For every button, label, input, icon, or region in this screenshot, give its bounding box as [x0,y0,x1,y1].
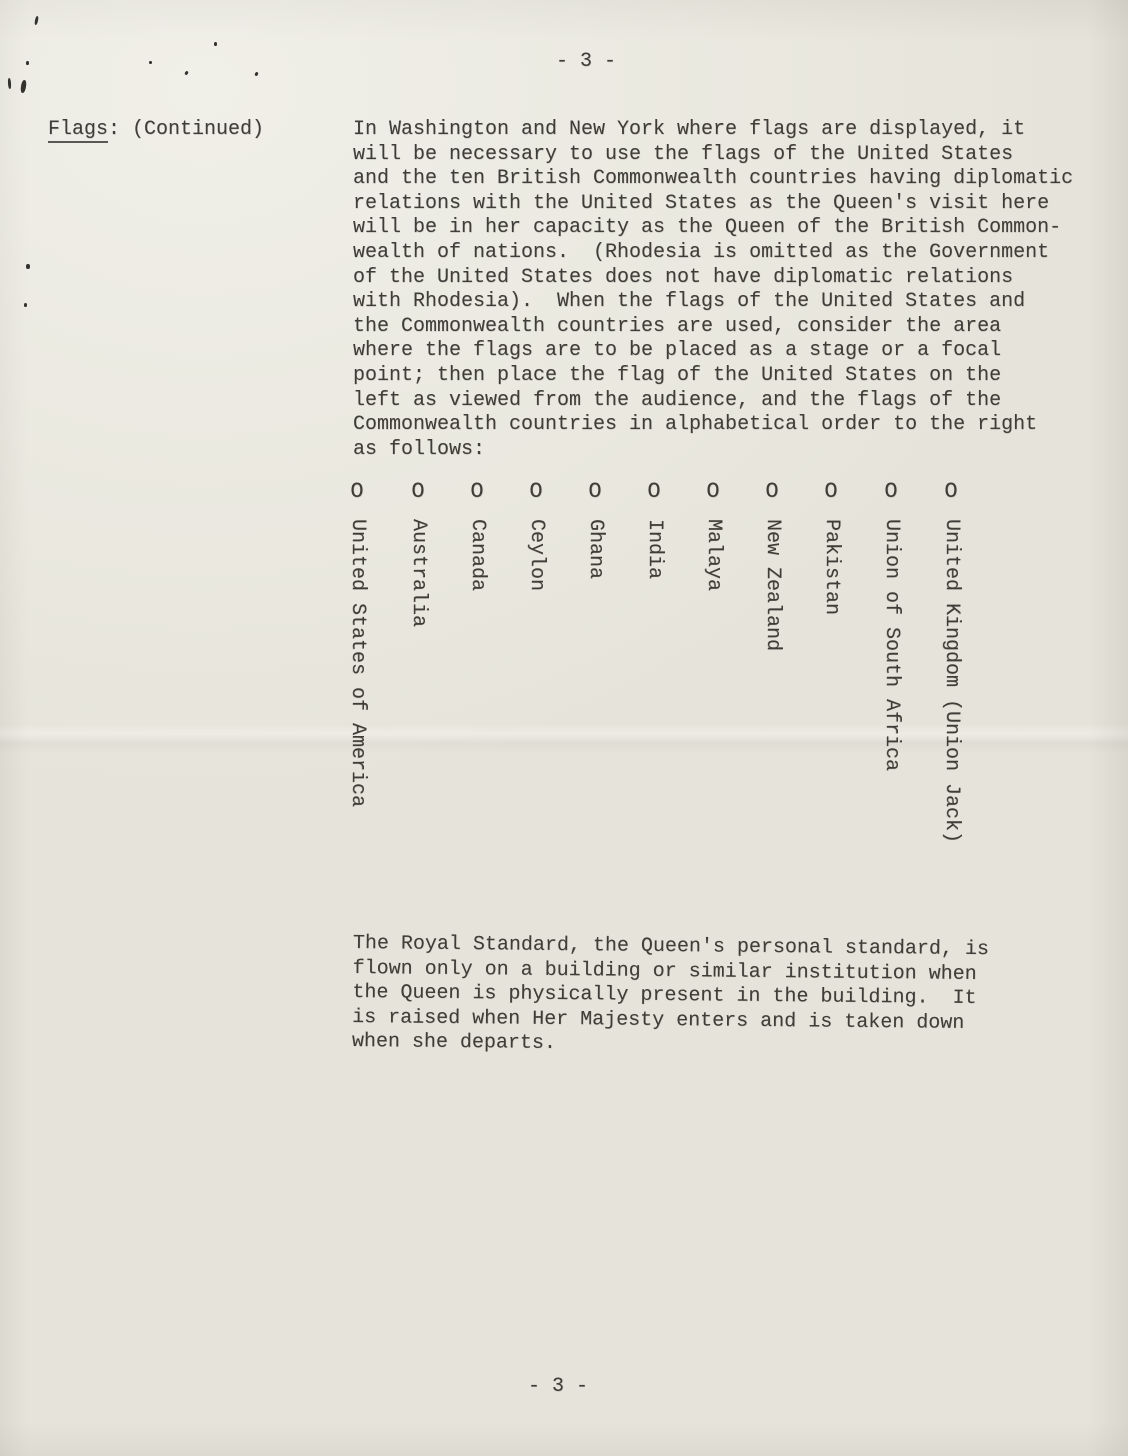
ink-speck [24,303,27,307]
document-page: - 3 - Flags: (Continued) In Washington a… [0,0,1128,1456]
ink-speck [34,16,39,25]
flag-position-marker: O [588,481,601,503]
flag-country-label: Ghana [584,519,606,579]
flag-country-label: Pakistan [820,519,842,615]
flag-country-label: Union of South Africa [880,519,902,771]
flag-position-marker: O [706,481,719,503]
flag-column: O Union of South Africa [876,481,906,771]
flag-column: O United Kingdom (Union Jack) [936,481,966,843]
flag-country-label: India [643,519,665,579]
flag-country-label: New Zealand [761,519,783,651]
flag-column: O Australia [403,481,433,627]
ink-speck [149,61,152,64]
flag-country-label: United States of America [346,519,368,807]
section-label: Flags: (Continued) [48,118,264,143]
flag-position-marker: O [824,481,837,503]
page-number-bottom: - 3 - [528,1375,588,1400]
flag-position-marker: O [411,481,424,503]
ink-speck [20,80,27,94]
flag-column: O New Zealand [757,481,787,651]
ink-speck [26,264,30,269]
flag-column: O Malaya [698,481,728,591]
flag-column: O Canada [462,481,492,591]
flag-country-label: Australia [407,519,429,627]
flag-position-marker: O [884,481,897,503]
flag-position-marker: O [765,481,778,503]
flag-column: O Ceylon [521,481,551,591]
ink-speck [184,71,189,76]
flag-position-marker: O [470,481,483,503]
ink-speck [26,61,29,65]
ink-speck [214,42,217,46]
ink-speck [8,78,12,89]
flag-position-marker: O [944,481,957,503]
body-paragraph-royal-standard: The Royal Standard, the Queen's personal… [352,932,989,1061]
page-number-top: - 3 - [556,50,616,75]
flag-column: O Ghana [580,481,610,579]
section-label-title: Flags [48,118,108,143]
flag-column: O United States of America [342,481,372,807]
flag-country-label: Canada [466,519,488,591]
body-paragraph-flag-instructions: In Washington and New York where flags a… [353,118,1073,462]
section-label-continued: : (Continued) [108,118,264,141]
ink-speck [254,72,258,77]
flag-position-marker: O [350,481,363,503]
flag-position-marker: O [529,481,542,503]
flag-position-marker: O [647,481,660,503]
flag-country-label: United Kingdom (Union Jack) [940,519,962,843]
flag-column: O Pakistan [816,481,846,615]
flag-country-label: Malaya [702,519,724,591]
flag-lineup-diagram: O United States of America O Australia O… [0,481,1128,881]
flag-country-label: Ceylon [525,519,547,591]
flag-column: O India [639,481,669,579]
